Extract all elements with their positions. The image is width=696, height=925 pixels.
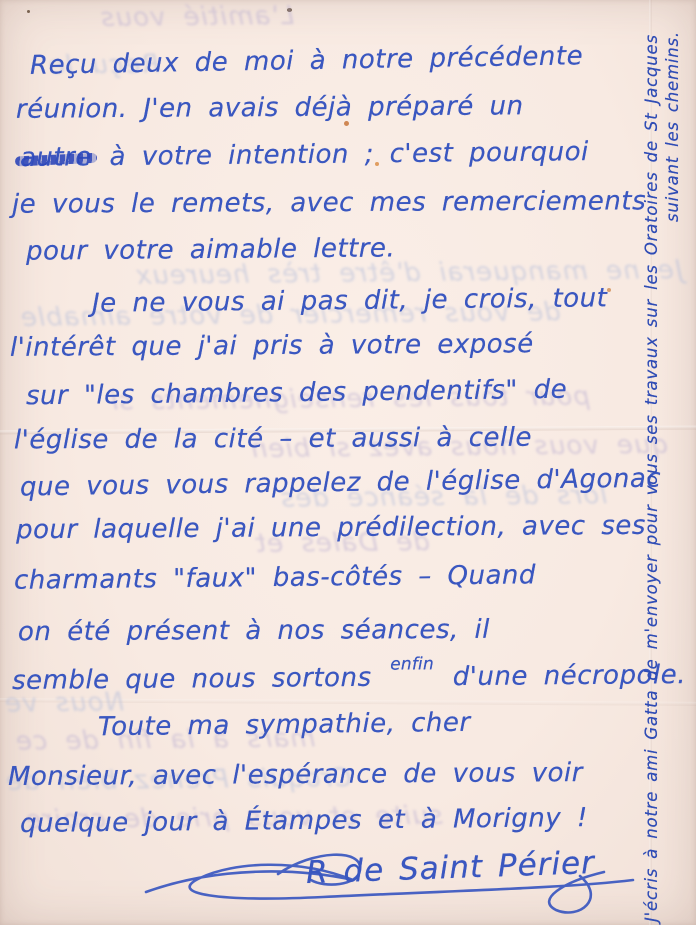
letter-line: charmants "faux" bas-côtés – Quand (14, 562, 536, 593)
letter-line: je vous le remets, avec mes remerciement… (12, 188, 646, 217)
letter-page: L'amitié vousReçu leJe ne manquerai d'êt… (0, 0, 696, 925)
letter-line: pour votre aimable lettre. (26, 235, 395, 264)
paper-speck (607, 288, 611, 292)
margin-note-line: suivant les chemins. (663, 31, 682, 222)
letter-line: on été présent à nos séances, il (18, 617, 490, 645)
letter-line: sur "les chambres des pendentifs" de (26, 377, 567, 410)
letter-line: quelque jour à Étampes et à Morigny ! (20, 805, 588, 837)
letter-line: Je ne vous ai pas dit, je crois, tout (92, 285, 608, 316)
letter-line: autre à votre intention ; c'est pourquoi (18, 139, 589, 171)
letter-line: Toute ma sympathie, cher (98, 710, 471, 741)
interlinear-insertion: enfin (390, 656, 434, 673)
letter-line: Monsieur, avec l'espérance de vous voir (8, 760, 583, 790)
letter-line: Reçu deux de moi à notre précédente (30, 43, 583, 79)
margin-note-line: J'écris à notre ami Gatta de m'envoyer p… (642, 34, 661, 922)
letter-line: l'église de la cité – et aussi à celle (14, 425, 532, 454)
paper-speck (27, 10, 30, 13)
struck-out-word: autre (18, 144, 94, 171)
letter-line: réunion. J'en avais déjà préparé un (16, 93, 524, 123)
letter-line: semble que nous sortons enfin d'une nécr… (12, 662, 686, 694)
letter-line: pour laquelle j'ai une prédilection, ave… (16, 513, 646, 543)
signature: R de Saint Périer (128, 836, 668, 924)
margin-note: J'écris à notre ami Gatta de m'envoyer p… (642, 17, 688, 922)
ghost-line: L'amitié vous (100, 1, 294, 33)
letter-line: l'intérêt que j'ai pris à votre exposé (10, 331, 534, 361)
